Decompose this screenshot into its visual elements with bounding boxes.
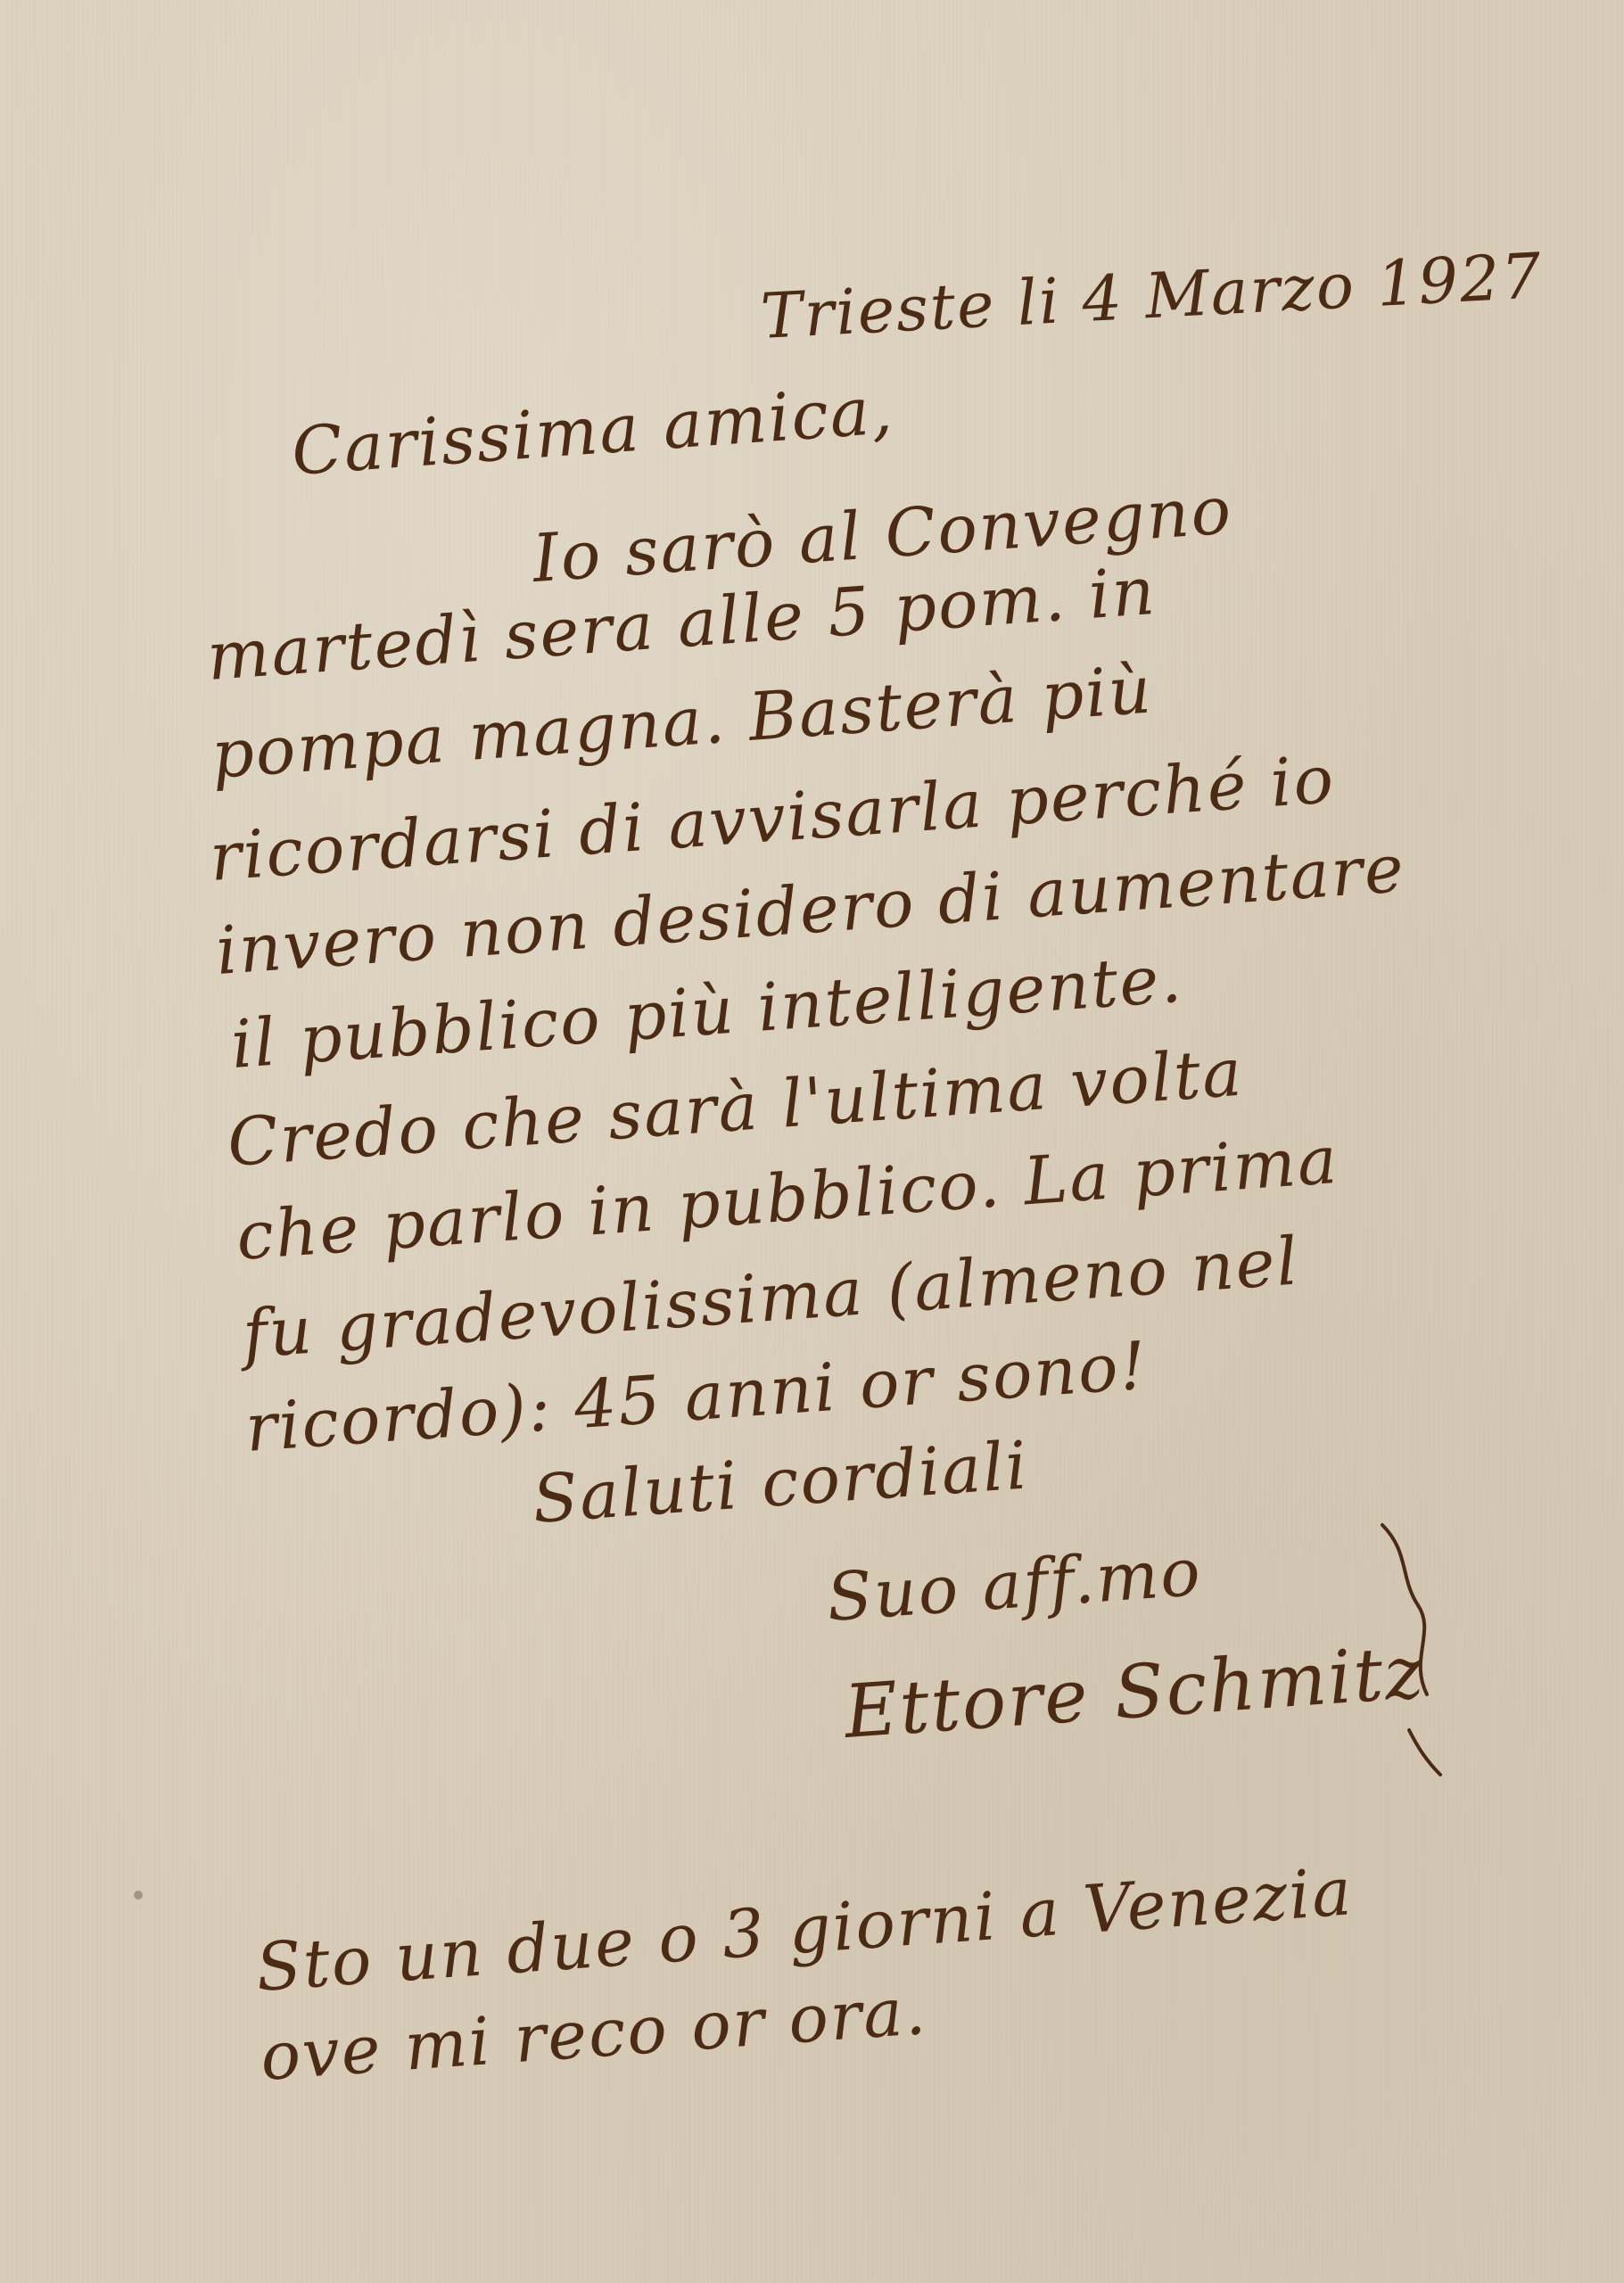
paper-spot: [134, 1891, 143, 1900]
signature-flourish-icon: [1373, 1516, 1445, 1784]
